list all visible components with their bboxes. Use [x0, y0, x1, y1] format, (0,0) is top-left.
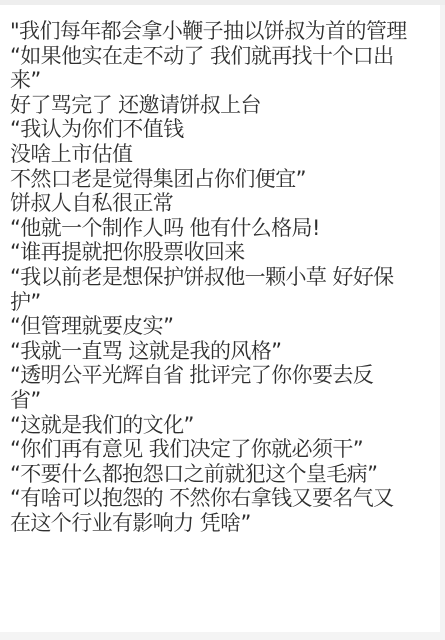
text-line: “透明公平光辉自省 批评完了你你要去反 [10, 363, 435, 388]
text-line: “谁再提就把你股票收回来 [10, 240, 435, 265]
text-line: “有啥可以抱怨的 不然你右拿钱又要名气又 [10, 486, 435, 511]
text-line: 在这个行业有影响力 凭啥” [10, 511, 435, 536]
text-line: 省” [10, 388, 435, 413]
quote-text-block: "我们每年都会拿小鞭子抽以饼叔为首的管理 “如果他实在走不动了 我们就再找十个口… [10, 19, 435, 535]
text-line: “不要什么都抱怨口之前就犯这个皇毛病” [10, 462, 435, 487]
text-line: 护” [10, 290, 435, 315]
text-line: “我认为你们不值钱 [10, 117, 435, 142]
text-line: “但管理就要皮实” [10, 314, 435, 339]
text-line: "我们每年都会拿小鞭子抽以饼叔为首的管理 [10, 19, 435, 44]
text-line: “他就一个制作人吗 他有什么格局! [10, 216, 435, 241]
text-line: “你们再有意见 我们决定了你就必须干” [10, 437, 435, 462]
text-line: 好了骂完了 还邀请饼叔上台 [10, 93, 435, 118]
text-line: “如果他实在走不动了 我们就再找十个口出 [10, 44, 435, 69]
text-line: “这就是我们的文化” [10, 413, 435, 438]
text-card: "我们每年都会拿小鞭子抽以饼叔为首的管理 “如果他实在走不动了 我们就再找十个口… [0, 5, 440, 632]
text-line: “我以前老是想保护饼叔他一颗小草 好好保 [10, 265, 435, 290]
text-line: 来” [10, 68, 435, 93]
text-line: “我就一直骂 这就是我的风格” [10, 339, 435, 364]
text-line: 饼叔人自私很正常 [10, 191, 435, 216]
text-line: 不然口老是觉得集团占你们便宜” [10, 167, 435, 192]
text-line: 没啥上市估值 [10, 142, 435, 167]
